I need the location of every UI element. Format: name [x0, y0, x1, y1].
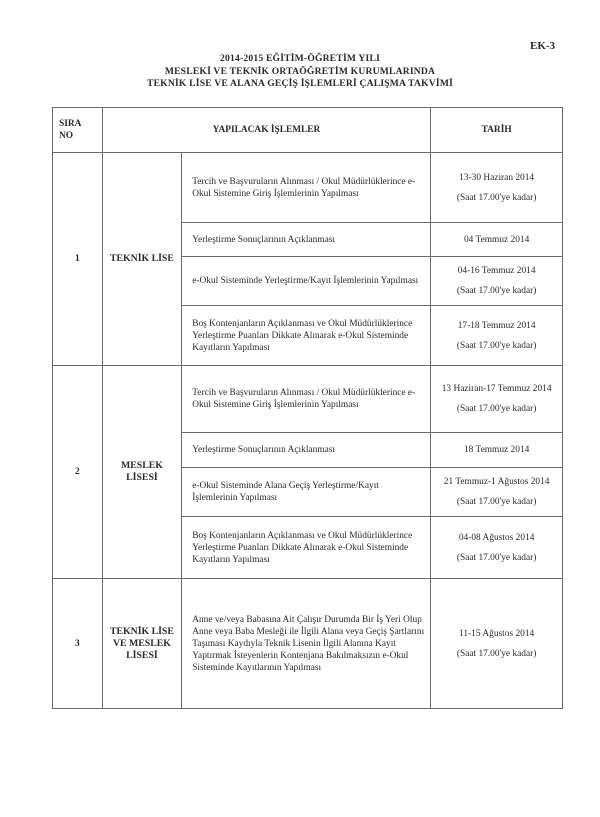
table-header-row: SIRA NO YAPILACAK İŞLEMLER TARİH: [53, 108, 563, 153]
action-date: 18 Temmuz 2014: [431, 433, 563, 468]
header-sira: SIRA: [59, 118, 102, 130]
row-number: 3: [53, 579, 103, 709]
date-range: 13 Haziran-17 Temmuz 2014: [431, 383, 562, 395]
school-type-line: LİSESİ: [103, 650, 182, 662]
date-range: 04-16 Temmuz 2014: [431, 265, 562, 277]
header-date: TARİH: [431, 108, 563, 153]
action-description: Boş Kontenjanların Açıklanması ve Okul M…: [182, 306, 431, 366]
action-description: Yerleştirme Sonuçlarının Açıklanması: [182, 223, 431, 257]
row-number: 1: [53, 153, 103, 366]
date-range: 13-30 Haziran 2014: [431, 172, 562, 184]
deadline-note: (Saat 17.00'ye kadar): [431, 403, 562, 415]
action-description: Yerleştirme Sonuçlarının Açıklanması: [182, 433, 431, 468]
annex-label: EK-3: [530, 40, 555, 52]
date-range: 04-08 Ağustos 2014: [431, 532, 562, 544]
action-date: 13 Haziran-17 Temmuz 2014(Saat 17.00'ye …: [431, 366, 563, 433]
action-description: Anne ve/veya Babasına Ait Çalışır Durumd…: [182, 579, 431, 709]
header-no: NO: [59, 130, 102, 142]
schedule-body: 1TEKNİK LİSETercih ve Başvuruların Alınm…: [53, 153, 563, 709]
action-description: e-Okul Sisteminde Yerleştirme/Kayıt İşle…: [182, 257, 431, 306]
row-number: 2: [53, 366, 103, 579]
title-line-2: MESLEKİ VE TEKNİK ORTAÖĞRETİM KURUMLARIN…: [0, 66, 600, 79]
deadline-note: (Saat 17.00'ye kadar): [431, 552, 562, 564]
action-date: 04-16 Temmuz 2014(Saat 17.00'ye kadar): [431, 257, 563, 306]
action-date: 21 Temmuz-1 Ağustos 2014(Saat 17.00'ye k…: [431, 468, 563, 517]
title-line-3: TEKNİK LİSE VE ALANA GEÇİŞ İŞLEMLERİ ÇAL…: [0, 78, 600, 91]
action-date: 13-30 Haziran 2014(Saat 17.00'ye kadar): [431, 153, 563, 223]
action-date: 17-18 Temmuz 2014(Saat 17.00'ye kadar): [431, 306, 563, 366]
school-type-line: MESLEK: [103, 460, 182, 472]
school-type-line: VE MESLEK: [103, 638, 182, 650]
table-row: 3TEKNİK LİSEVE MESLEKLİSESİAnne ve/veya …: [53, 579, 563, 709]
deadline-note: (Saat 17.00'ye kadar): [431, 648, 562, 660]
action-date: 11-15 Ağustos 2014(Saat 17.00'ye kadar): [431, 579, 563, 709]
school-type-line: LİSESİ: [103, 472, 182, 484]
schedule-table: SIRA NO YAPILACAK İŞLEMLER TARİH 1TEKNİK…: [52, 107, 563, 709]
table-row: 2MESLEKLİSESİTercih ve Başvuruların Alın…: [53, 366, 563, 433]
action-description: e-Okul Sisteminde Alana Geçiş Yerleştirm…: [182, 468, 431, 517]
date-range: 04 Temmuz 2014: [431, 234, 562, 246]
document-title: 2014-2015 EĞİTİM-ÖĞRETİM YILI MESLEKİ VE…: [0, 53, 600, 91]
school-type-line: TEKNİK LİSE: [103, 626, 182, 638]
action-date: 04-08 Ağustos 2014(Saat 17.00'ye kadar): [431, 517, 563, 579]
title-line-1: 2014-2015 EĞİTİM-ÖĞRETİM YILI: [0, 53, 600, 66]
table-row: 1TEKNİK LİSETercih ve Başvuruların Alınm…: [53, 153, 563, 223]
date-range: 17-18 Temmuz 2014: [431, 320, 562, 332]
action-date: 04 Temmuz 2014: [431, 223, 563, 257]
date-range: 11-15 Ağustos 2014: [431, 628, 562, 640]
date-range: 21 Temmuz-1 Ağustos 2014: [431, 476, 562, 488]
header-sira-no: SIRA NO: [53, 108, 103, 153]
deadline-note: (Saat 17.00'ye kadar): [431, 340, 562, 352]
header-actions: YAPILACAK İŞLEMLER: [102, 108, 431, 153]
deadline-note: (Saat 17.00'ye kadar): [431, 285, 562, 297]
action-description: Tercih ve Başvuruların Alınması / Okul M…: [182, 366, 431, 433]
deadline-note: (Saat 17.00'ye kadar): [431, 192, 562, 204]
school-type: TEKNİK LİSEVE MESLEKLİSESİ: [102, 579, 182, 709]
date-range: 18 Temmuz 2014: [431, 444, 562, 456]
school-type: TEKNİK LİSE: [102, 153, 182, 366]
school-type: MESLEKLİSESİ: [102, 366, 182, 579]
action-description: Tercih ve Başvuruların Alınması / Okul M…: [182, 153, 431, 223]
school-type-line: TEKNİK LİSE: [103, 253, 182, 265]
action-description: Boş Kontenjanların Açıklanması ve Okul M…: [182, 517, 431, 579]
deadline-note: (Saat 17.00'ye kadar): [431, 496, 562, 508]
